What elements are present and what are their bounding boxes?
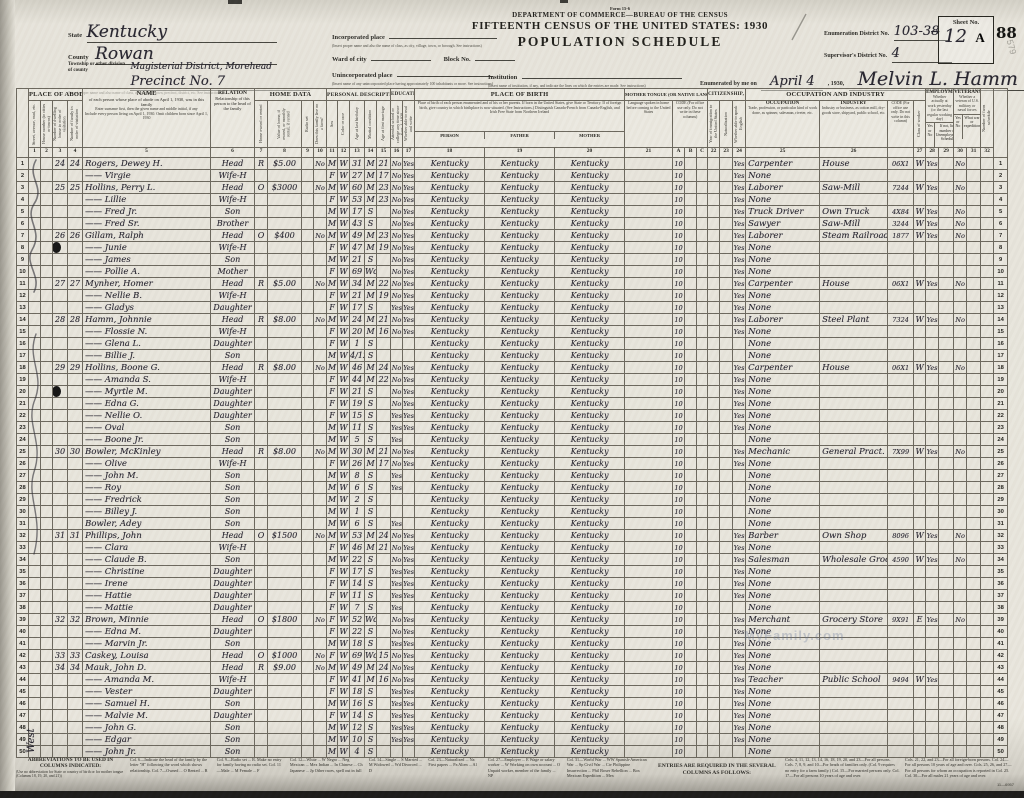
sd-label: Supervisor's District No. [824, 53, 887, 59]
cell-bm: Kentucky [555, 650, 625, 662]
cell-cw [914, 638, 926, 650]
cell-col: W [338, 650, 350, 662]
township-value-2: Precinct No. 7 [130, 74, 225, 89]
cell-val [268, 506, 302, 518]
cell-ind [820, 494, 888, 506]
cell-fs [981, 626, 994, 638]
cell-lang [625, 374, 673, 386]
cell-wk [926, 686, 939, 698]
cell-am [377, 410, 391, 422]
cell-bm: Kentucky [555, 422, 625, 434]
cell-wk: Yes [926, 230, 939, 242]
cell-name: —— Malvie M. [83, 710, 211, 722]
cell-bm: Kentucky [555, 686, 625, 698]
cell-col: W [338, 290, 350, 302]
cell-ten [255, 338, 268, 350]
cell-cA: 10 [673, 254, 685, 266]
cell-lnr: 8 [994, 242, 1008, 254]
cell-war [967, 698, 981, 710]
cell-rw [403, 518, 415, 530]
cell-cC [697, 602, 708, 614]
cell-rel: Head [211, 314, 255, 326]
abbr-block: Col. 31—World War ... WW Spanish-America… [567, 757, 649, 778]
cell-fam [68, 638, 83, 650]
cell-fam [68, 194, 83, 206]
cell-bm: Kentucky [555, 230, 625, 242]
cell-occ: None [746, 434, 820, 446]
column-number: 15 [377, 148, 391, 158]
cell-imm [708, 638, 720, 650]
cell-lang [625, 170, 673, 182]
cell-name: —— Hattie [83, 590, 211, 602]
cell-val [268, 290, 302, 302]
table-body: 12424Rogers, Dewey H.HeadR$5.00NoMW31M21… [17, 158, 1008, 758]
cell-imm [708, 398, 720, 410]
cell-mar: M [365, 674, 377, 686]
cell-mar: S [365, 602, 377, 614]
cell-fs [981, 326, 994, 338]
cell-war [967, 614, 981, 626]
cell-fam [68, 734, 83, 746]
cell-cC [697, 470, 708, 482]
cell-bp: Kentucky [415, 398, 485, 410]
cell-col: W [338, 698, 350, 710]
cell-vet [954, 722, 967, 734]
cell-war [967, 374, 981, 386]
cell-cw [914, 386, 926, 398]
cell-oc [888, 590, 914, 602]
cell-occ: None [746, 650, 820, 662]
cell-cB [685, 230, 697, 242]
cell-cw [914, 542, 926, 554]
cell-fam: 28 [68, 314, 83, 326]
cell-dw: 25 [53, 182, 68, 194]
cell-imm [708, 362, 720, 374]
cell-cA: 10 [673, 158, 685, 170]
cell-cB [685, 266, 697, 278]
cell-col: W [338, 314, 350, 326]
column-number: 23 [720, 148, 733, 158]
cell-val: $8.00 [268, 446, 302, 458]
column-number: 20 [555, 148, 625, 158]
cell-fs [981, 446, 994, 458]
census-row: 72626Gillam, RalphHeadO$400NoMW49M23NoYe… [17, 230, 1008, 242]
cell-rel: Daughter [211, 710, 255, 722]
cell-am [377, 266, 391, 278]
cell-occ: None [746, 374, 820, 386]
cell-name: —— Christine [83, 566, 211, 578]
cell-nat [720, 566, 733, 578]
cell-vet [954, 566, 967, 578]
cell-wk [926, 626, 939, 638]
cell-sex: F [327, 266, 338, 278]
cell-cB [685, 422, 697, 434]
cell-cA: 10 [673, 410, 685, 422]
cell-oc [888, 266, 914, 278]
cell-ind [820, 710, 888, 722]
cell-cw [914, 302, 926, 314]
abbr-block: Col. 9—Radio set ... R. Make no entry fo… [217, 757, 285, 773]
cell-mar: S [365, 518, 377, 530]
column-number: 11 [327, 148, 338, 158]
cell-mar: M [365, 530, 377, 542]
cell-occ: None [746, 326, 820, 338]
table-header: PLACE OF ABODE NAME of each person whose… [17, 89, 1008, 158]
cell-cB [685, 746, 697, 758]
cell-vet [954, 542, 967, 554]
cell-nat [720, 362, 733, 374]
cell-name: Mynher, Homer [83, 278, 211, 290]
cell-lnr: 15 [994, 326, 1008, 338]
cell-lnr: 11 [994, 278, 1008, 290]
cell-ul [939, 530, 954, 542]
cell-ten [255, 602, 268, 614]
cell-occ: Barber [746, 530, 820, 542]
cell-ln: 14 [17, 314, 29, 326]
cell-lnr: 12 [994, 290, 1008, 302]
cell-bp: Kentucky [415, 590, 485, 602]
cell-cC [697, 734, 708, 746]
cell-sex: M [327, 362, 338, 374]
cell-am [377, 686, 391, 698]
census-row: 393232Brown, MinnieHeadO$1800NoFW52WdNoY… [17, 614, 1008, 626]
cell-cC [697, 578, 708, 590]
cell-wk [926, 482, 939, 494]
census-row: 15—— Flossie N.Wife-HFW20M16NoYesKentuck… [17, 326, 1008, 338]
cell-name: —— John G. [83, 722, 211, 734]
cell-ln: 37 [17, 590, 29, 602]
cell-am [377, 302, 391, 314]
cell-rad [302, 722, 314, 734]
cell-hn [41, 734, 53, 746]
cell-bm: Kentucky [555, 206, 625, 218]
cell-name: —— Olive [83, 458, 211, 470]
cell-rel: Daughter [211, 410, 255, 422]
cell-ul [939, 182, 954, 194]
cell-farm [314, 578, 327, 590]
cell-lang [625, 194, 673, 206]
cell-bp: Kentucky [415, 410, 485, 422]
cell-mar: S [365, 506, 377, 518]
column-number: C [697, 148, 708, 158]
cell-name: —— Nellie B. [83, 290, 211, 302]
cell-rad [302, 374, 314, 386]
cell-ul [939, 194, 954, 206]
cell-rw: Yes [403, 158, 415, 170]
cell-ul [939, 338, 954, 350]
cell-wk: Yes [926, 206, 939, 218]
cell-fam [68, 626, 83, 638]
cell-rw: Yes [403, 674, 415, 686]
cell-vet [954, 398, 967, 410]
cell-fs [981, 482, 994, 494]
cell-imm [708, 698, 720, 710]
cell-mar: Wd [365, 266, 377, 278]
cell-age: 31 [350, 158, 365, 170]
cell-eng: Yes [733, 194, 746, 206]
cell-oc [888, 662, 914, 674]
census-row: 44—— Amanda M.Wife-HFW41M16NoYesKentucky… [17, 674, 1008, 686]
cell-bp: Kentucky [415, 674, 485, 686]
cell-oc [888, 422, 914, 434]
cell-ten [255, 386, 268, 398]
cell-rel: Wife-H [211, 326, 255, 338]
cell-cA: 10 [673, 686, 685, 698]
cell-vet [954, 650, 967, 662]
cell-war [967, 182, 981, 194]
cell-bp: Kentucky [415, 506, 485, 518]
cell-sex: F [327, 194, 338, 206]
cell-dw [53, 626, 68, 638]
cell-cB [685, 386, 697, 398]
cell-mar: M [365, 242, 377, 254]
census-row: 9—— JamesSonMW21SNoYesKentuckyKentuckyKe… [17, 254, 1008, 266]
veterans-desc: Whether a veteran of U.S. military or na… [954, 95, 980, 113]
cell-imm [708, 590, 720, 602]
group-citizenship: CITIZENSHIP, ETC. [708, 89, 746, 101]
cell-cC [697, 374, 708, 386]
cell-imm [708, 326, 720, 338]
cell-cw: W [914, 674, 926, 686]
cell-col: W [338, 362, 350, 374]
cell-col: W [338, 194, 350, 206]
cell-fs [981, 650, 994, 662]
cell-rw: Yes [403, 626, 415, 638]
cell-col: W [338, 482, 350, 494]
cell-cB [685, 338, 697, 350]
cell-val [268, 602, 302, 614]
cell-ind [820, 578, 888, 590]
cell-vet [954, 458, 967, 470]
cell-rel: Daughter [211, 398, 255, 410]
cell-col: W [338, 506, 350, 518]
cell-age: 6 [350, 482, 365, 494]
cell-cw [914, 494, 926, 506]
cell-fam [68, 698, 83, 710]
cell-lnr: 23 [994, 422, 1008, 434]
cell-val [268, 698, 302, 710]
abbr-note: (Use no abbreviation for State or countr… [16, 770, 125, 779]
cell-bm: Kentucky [555, 170, 625, 182]
cell-cB [685, 722, 697, 734]
cell-mar: M [365, 278, 377, 290]
cell-cA: 10 [673, 662, 685, 674]
cell-wk [926, 242, 939, 254]
census-row: 50—— John Jr.SonMW4SKentuckyKentuckyKent… [17, 746, 1008, 758]
cell-col: W [338, 266, 350, 278]
cell-oc [888, 482, 914, 494]
cell-lnr: 7 [994, 230, 1008, 242]
cell-occ: Laborer [746, 230, 820, 242]
cell-wk [926, 290, 939, 302]
cell-cw [914, 710, 926, 722]
cell-bf: Kentucky [485, 566, 555, 578]
cell-cC [697, 230, 708, 242]
cell-name: —— Claude B. [83, 554, 211, 566]
cell-nat [720, 710, 733, 722]
cell-sch: No [391, 254, 403, 266]
col30-label: Yes or No [954, 115, 962, 139]
cell-val [268, 494, 302, 506]
cell-fs [981, 566, 994, 578]
cell-eng: Yes [733, 614, 746, 626]
cell-vet [954, 254, 967, 266]
cell-bm: Kentucky [555, 362, 625, 374]
cell-bf: Kentucky [485, 638, 555, 650]
cell-cA: 10 [673, 494, 685, 506]
cell-nat [720, 626, 733, 638]
cell-cB [685, 542, 697, 554]
cell-wk [926, 422, 939, 434]
cell-bm: Kentucky [555, 530, 625, 542]
cell-mar: S [365, 470, 377, 482]
census-row: 46—— Samuel H.SonMW16SYesYesKentuckyKent… [17, 698, 1008, 710]
cell-lnr: 20 [994, 386, 1008, 398]
cell-cA: 10 [673, 542, 685, 554]
cell-name: —— Gladys [83, 302, 211, 314]
census-row: 31Bowler, AdeySonMW6SYesKentuckyKentucky… [17, 518, 1008, 530]
cell-cA: 10 [673, 590, 685, 602]
cell-ten [255, 506, 268, 518]
cell-dw [53, 734, 68, 746]
cell-rw: Yes [403, 206, 415, 218]
cell-oc [888, 578, 914, 590]
cell-name: Rogers, Dewey H. [83, 158, 211, 170]
cell-bp: Kentucky [415, 470, 485, 482]
cell-dw [53, 578, 68, 590]
cell-ln: 36 [17, 578, 29, 590]
cell-bm: Kentucky [555, 722, 625, 734]
census-row: 37—— HattieDaughterFW11SYesYesKentuckyKe… [17, 590, 1008, 602]
cell-ind [820, 458, 888, 470]
cell-rad [302, 194, 314, 206]
cell-dw [53, 470, 68, 482]
cell-sch: Yes [391, 470, 403, 482]
cell-eng [733, 494, 746, 506]
cell-am [377, 422, 391, 434]
cell-imm [708, 530, 720, 542]
cell-occ: None [746, 602, 820, 614]
cell-occ: Salesman [746, 554, 820, 566]
cell-vet [954, 662, 967, 674]
cell-ind [820, 698, 888, 710]
cell-nat [720, 170, 733, 182]
cell-sex: F [327, 650, 338, 662]
column-number: 9 [302, 148, 314, 158]
cell-sch: No [391, 386, 403, 398]
cell-farm [314, 734, 327, 746]
cell-cA: 10 [673, 614, 685, 626]
cell-lang [625, 350, 673, 362]
cell-mar: Wd [365, 650, 377, 662]
abbr-block: Col. 12—White ... W Negro ... Neg Mexica… [290, 757, 364, 773]
cell-fs [981, 578, 994, 590]
cell-wk: Yes [926, 314, 939, 326]
margin-scrawl [24, 330, 50, 560]
cell-war [967, 434, 981, 446]
cell-rw [403, 494, 415, 506]
cell-am: 21 [377, 446, 391, 458]
cell-wk [926, 650, 939, 662]
cell-imm [708, 290, 720, 302]
cell-imm [708, 650, 720, 662]
cell-fs [981, 506, 994, 518]
cell-lang [625, 566, 673, 578]
cell-age: 5 [350, 434, 365, 446]
cell-sex: F [327, 458, 338, 470]
cell-occ: None [746, 386, 820, 398]
cell-bp: Kentucky [415, 746, 485, 758]
cell-cB [685, 278, 697, 290]
cell-cA: 10 [673, 326, 685, 338]
cell-lnr: 18 [994, 362, 1008, 374]
cell-ln: 38 [17, 602, 29, 614]
cell-rel: Wife-H [211, 542, 255, 554]
cell-mar: M [365, 314, 377, 326]
cell-rad [302, 746, 314, 758]
census-row: 36—— IreneDaughterFW14SYesYesKentuckyKen… [17, 578, 1008, 590]
cell-lang [625, 422, 673, 434]
cell-bp: Kentucky [415, 662, 485, 674]
cell-cw [914, 410, 926, 422]
cell-lnr: 32 [994, 530, 1008, 542]
cell-rad [302, 410, 314, 422]
sheet-value: 12 [944, 26, 967, 47]
cell-nat [720, 446, 733, 458]
cell-ind: Saw-Mill [820, 182, 888, 194]
cell-lnr: 10 [994, 266, 1008, 278]
cell-cC [697, 530, 708, 542]
census-row: 38—— MattieDaughterFW7SYesKentuckyKentuc… [17, 602, 1008, 614]
column-number: 10 [314, 148, 327, 158]
cell-bf: Kentucky [485, 206, 555, 218]
cell-val [268, 470, 302, 482]
cell-eng: Yes [733, 182, 746, 194]
cell-cw [914, 578, 926, 590]
cell-rad [302, 386, 314, 398]
cell-ul [939, 254, 954, 266]
cell-imm [708, 662, 720, 674]
cell-fs [981, 398, 994, 410]
cell-dw [53, 338, 68, 350]
cell-nat [720, 410, 733, 422]
cell-name: —— Pollie A. [83, 266, 211, 278]
cell-ten: R [255, 278, 268, 290]
cell-vet: No [954, 206, 967, 218]
cell-rw [403, 470, 415, 482]
cell-ul [939, 386, 954, 398]
cell-rw: Yes [403, 314, 415, 326]
cell-sch: Yes [391, 710, 403, 722]
cell-rw [403, 482, 415, 494]
cell-oc: 8096 [888, 530, 914, 542]
col-speak-english: Whether able to speak English [733, 101, 746, 148]
cell-am: 21 [377, 314, 391, 326]
cell-am [377, 494, 391, 506]
cell-ind [820, 398, 888, 410]
cell-cw [914, 746, 926, 758]
abbr-block: Col. 27—Employer ... E Wage or salary wo… [488, 757, 562, 778]
cell-col: W [338, 518, 350, 530]
cell-war [967, 578, 981, 590]
cell-dw [53, 254, 68, 266]
cell-cw: W [914, 446, 926, 458]
cell-cA: 10 [673, 230, 685, 242]
cell-nat [720, 230, 733, 242]
cell-cA: 10 [673, 722, 685, 734]
cell-ind [820, 590, 888, 602]
cell-lnr: 14 [994, 314, 1008, 326]
